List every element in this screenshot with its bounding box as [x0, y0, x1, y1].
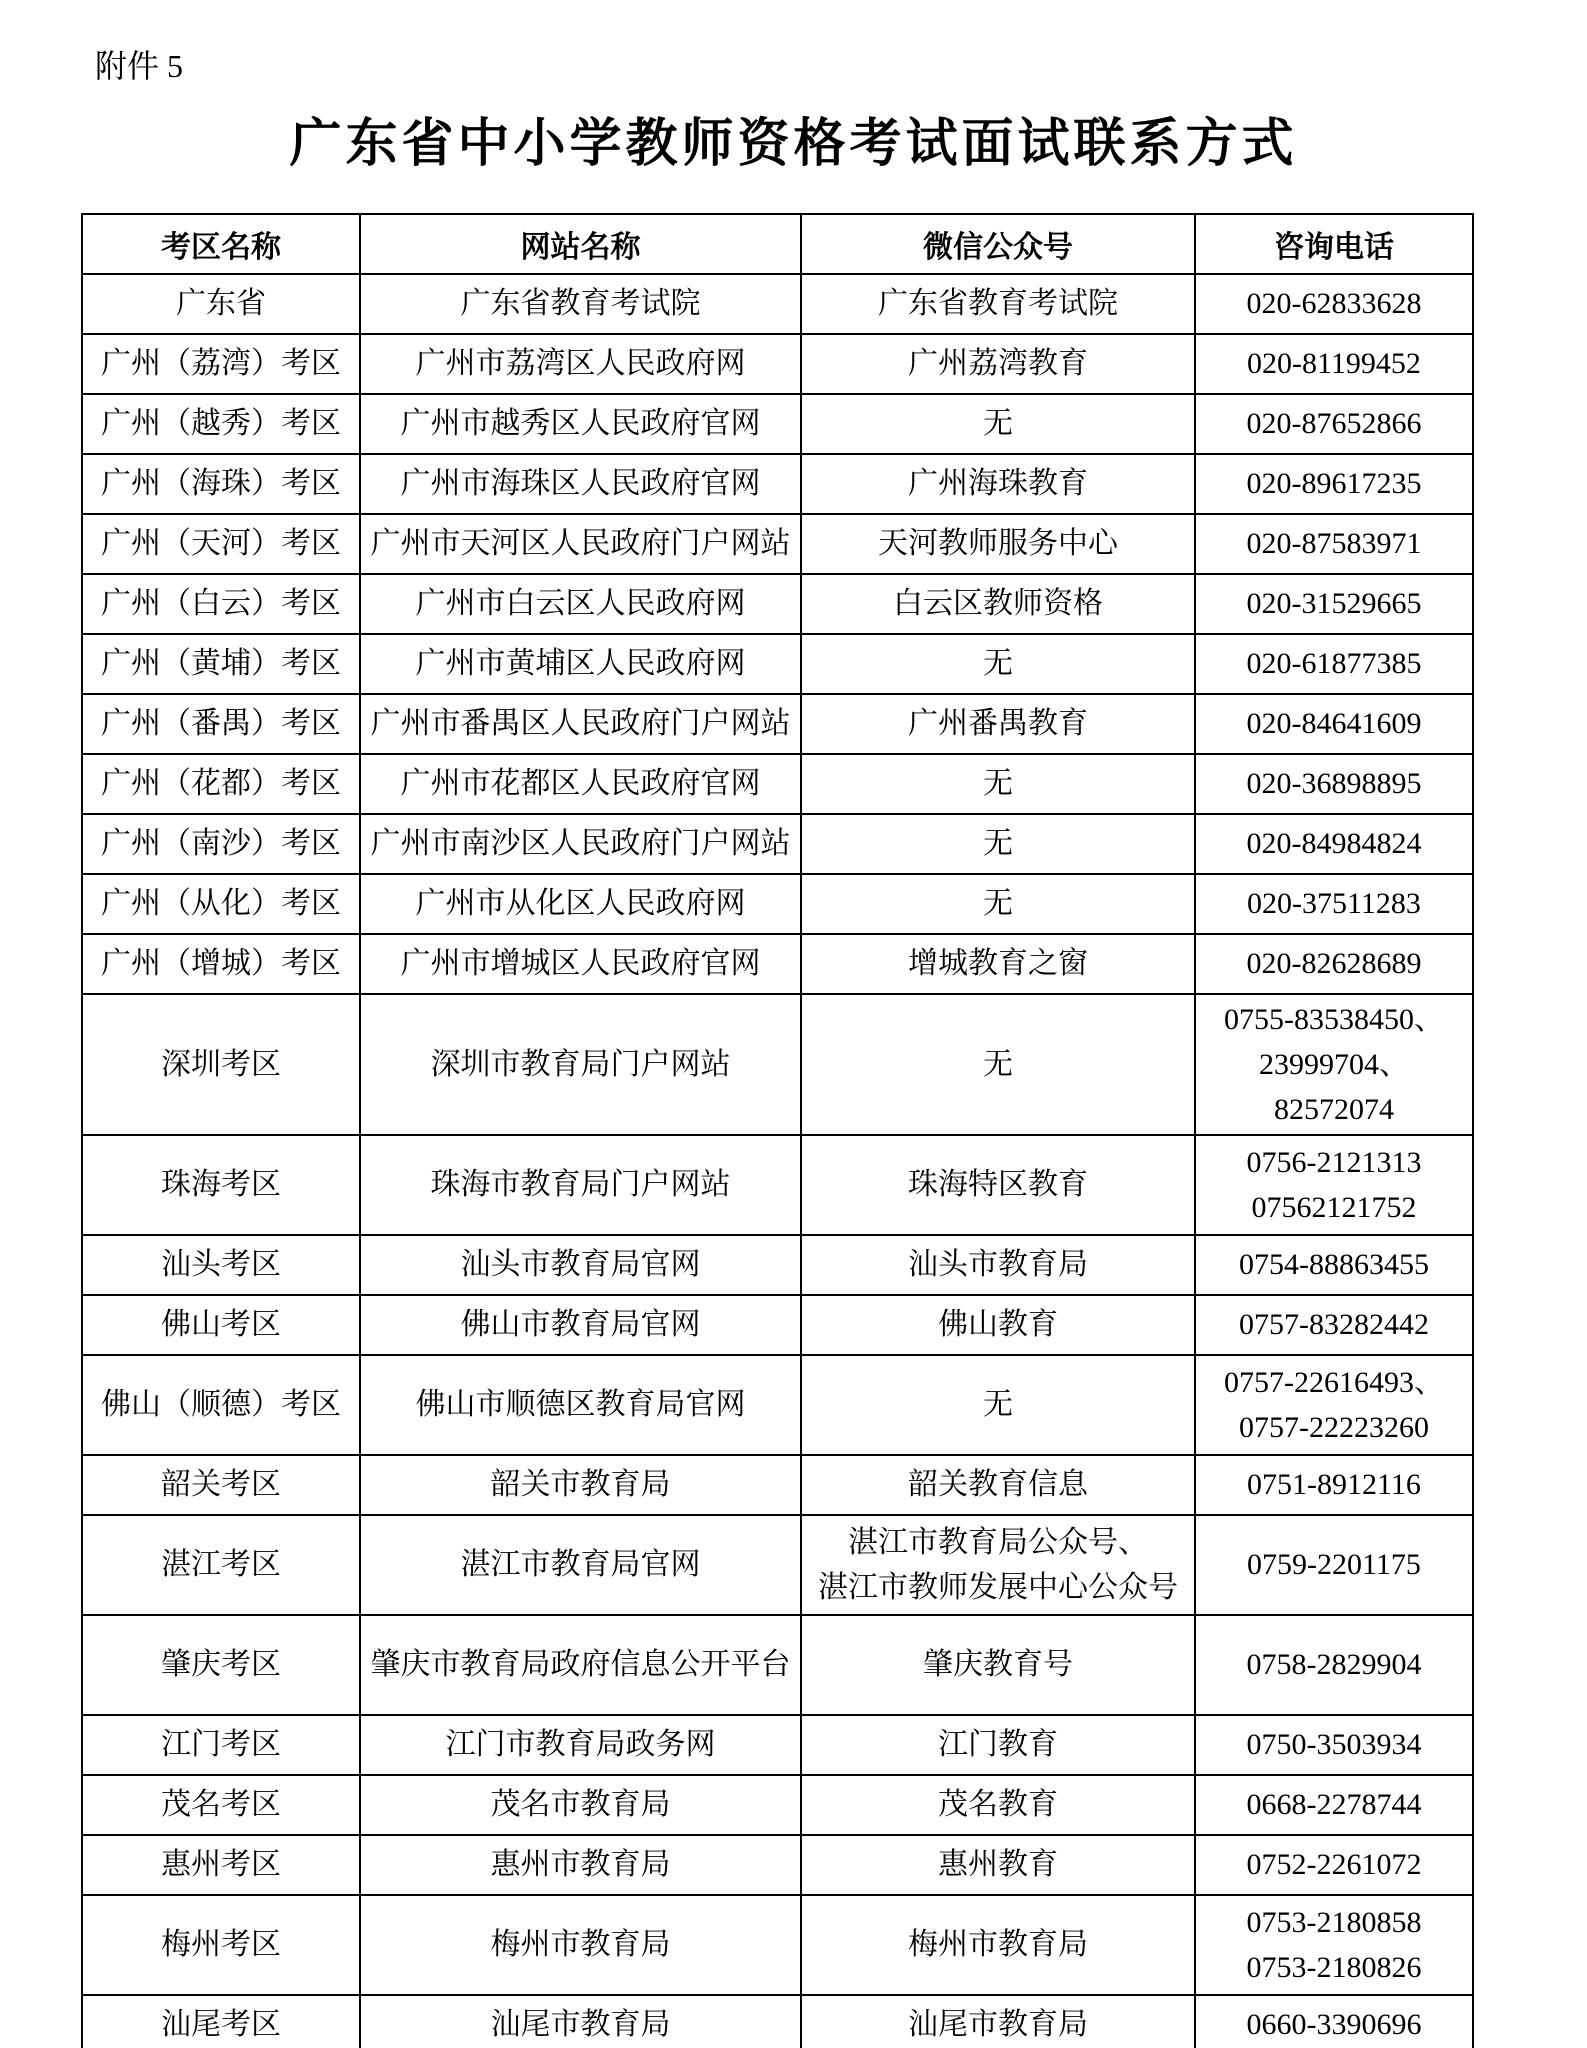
cell-wechat: 增城教育之窗	[801, 934, 1195, 994]
cell-line: 湛江市教育局公众号、	[806, 1520, 1190, 1565]
column-header: 咨询电话	[1195, 214, 1473, 274]
cell-line: 020-82628689	[1200, 941, 1468, 986]
cell-line: 茂名市教育局	[365, 1782, 796, 1827]
cell-website: 佛山市教育局官网	[360, 1295, 801, 1355]
cell-line: 韶关教育信息	[806, 1462, 1190, 1507]
cell-line: 0660-3390696	[1200, 2002, 1468, 2047]
cell-area: 肇庆考区	[82, 1615, 360, 1715]
cell-line: 广州（番禺）考区	[87, 701, 355, 746]
cell-line: 湛江考区	[87, 1542, 355, 1587]
cell-line: 无	[806, 1042, 1190, 1087]
cell-website: 广州市天河区人民政府门户网站	[360, 514, 801, 574]
cell-line: 深圳市教育局门户网站	[365, 1042, 796, 1087]
cell-line: 020-36898895	[1200, 761, 1468, 806]
cell-line: 肇庆考区	[87, 1642, 355, 1687]
cell-line: 020-37511283	[1200, 881, 1468, 926]
cell-line: 广州市南沙区人民政府门户网站	[365, 821, 796, 866]
cell-wechat: 广州荔湾教育	[801, 334, 1195, 394]
cell-phone: 020-84641609	[1195, 694, 1473, 754]
cell-line: 无	[806, 1382, 1190, 1427]
cell-website: 韶关市教育局	[360, 1455, 801, 1515]
cell-wechat: 广州海珠教育	[801, 454, 1195, 514]
cell-line: 佛山（顺德）考区	[87, 1382, 355, 1427]
cell-line: 韶关考区	[87, 1462, 355, 1507]
table-row: 广州（从化）考区广州市从化区人民政府网无020-37511283	[82, 874, 1473, 934]
cell-area: 梅州考区	[82, 1895, 360, 1995]
cell-wechat: 惠州教育	[801, 1835, 1195, 1895]
cell-line: 广州（天河）考区	[87, 521, 355, 566]
cell-line: 江门市教育局政务网	[365, 1722, 796, 1767]
cell-line: 0754-88863455	[1200, 1242, 1468, 1287]
cell-line: 珠海市教育局门户网站	[365, 1162, 796, 1207]
table-row: 广州（花都）考区广州市花都区人民政府官网无020-36898895	[82, 754, 1473, 814]
table-row: 肇庆考区肇庆市教育局政府信息公开平台肇庆教育号0758-2829904	[82, 1615, 1473, 1715]
cell-line: 020-31529665	[1200, 581, 1468, 626]
cell-line: 韶关市教育局	[365, 1462, 796, 1507]
cell-line: 无	[806, 761, 1190, 806]
cell-area: 广州（从化）考区	[82, 874, 360, 934]
cell-line: 广州（海珠）考区	[87, 461, 355, 506]
cell-area: 汕头考区	[82, 1235, 360, 1295]
cell-line: 江门教育	[806, 1722, 1190, 1767]
table-row: 深圳考区深圳市教育局门户网站无0755-83538450、23999704、82…	[82, 994, 1473, 1135]
cell-wechat: 无	[801, 814, 1195, 874]
cell-website: 汕头市教育局官网	[360, 1235, 801, 1295]
cell-phone: 020-84984824	[1195, 814, 1473, 874]
cell-wechat: 珠海特区教育	[801, 1135, 1195, 1235]
cell-wechat: 韶关教育信息	[801, 1455, 1195, 1515]
cell-website: 广州市番禺区人民政府门户网站	[360, 694, 801, 754]
table-row: 佛山（顺德）考区佛山市顺德区教育局官网无0757-22616493、0757-2…	[82, 1355, 1473, 1455]
cell-line: 惠州教育	[806, 1842, 1190, 1887]
table-row: 广州（海珠）考区广州市海珠区人民政府官网广州海珠教育020-89617235	[82, 454, 1473, 514]
cell-phone: 0660-3390696	[1195, 1995, 1473, 2048]
cell-wechat: 无	[801, 874, 1195, 934]
cell-line: 肇庆市教育局政府信息公开平台	[365, 1642, 796, 1687]
cell-line: 汕头市教育局	[806, 1242, 1190, 1287]
cell-phone: 0751-8912116	[1195, 1455, 1473, 1515]
cell-phone: 0752-2261072	[1195, 1835, 1473, 1895]
cell-line: 无	[806, 881, 1190, 926]
table-header-row: 考区名称网站名称微信公众号咨询电话	[82, 214, 1473, 274]
cell-website: 广州市南沙区人民政府门户网站	[360, 814, 801, 874]
page-title: 广东省中小学教师资格考试面试联系方式	[0, 115, 1587, 175]
cell-website: 广东省教育考试院	[360, 274, 801, 334]
cell-website: 江门市教育局政务网	[360, 1715, 801, 1775]
table-row: 广州（荔湾）考区广州市荔湾区人民政府网广州荔湾教育020-81199452	[82, 334, 1473, 394]
table-row: 广东省广东省教育考试院广东省教育考试院020-62833628	[82, 274, 1473, 334]
cell-phone: 020-89617235	[1195, 454, 1473, 514]
cell-line: 天河教师服务中心	[806, 521, 1190, 566]
cell-line: 020-62833628	[1200, 281, 1468, 326]
table-row: 梅州考区梅州市教育局梅州市教育局0753-21808580753-2180826	[82, 1895, 1473, 1995]
cell-website: 广州市花都区人民政府官网	[360, 754, 801, 814]
cell-line: 020-87583971	[1200, 521, 1468, 566]
cell-phone: 020-87583971	[1195, 514, 1473, 574]
cell-line: 020-87652866	[1200, 401, 1468, 446]
table-row: 广州（天河）考区广州市天河区人民政府门户网站天河教师服务中心020-875839…	[82, 514, 1473, 574]
cell-line: 广州市番禺区人民政府门户网站	[365, 701, 796, 746]
table-row: 汕尾考区汕尾市教育局汕尾市教育局0660-3390696	[82, 1995, 1473, 2048]
cell-line: 广州市黄埔区人民政府网	[365, 641, 796, 686]
column-header: 网站名称	[360, 214, 801, 274]
cell-line: 07562121752	[1200, 1185, 1468, 1230]
cell-line: 梅州考区	[87, 1922, 355, 1967]
cell-line: 佛山市教育局官网	[365, 1302, 796, 1347]
cell-wechat: 佛山教育	[801, 1295, 1195, 1355]
cell-website: 肇庆市教育局政府信息公开平台	[360, 1615, 801, 1715]
cell-line: 深圳考区	[87, 1042, 355, 1087]
cell-website: 广州市黄埔区人民政府网	[360, 634, 801, 694]
cell-line: 0757-22223260	[1200, 1405, 1468, 1450]
cell-line: 0757-22616493、	[1200, 1360, 1468, 1405]
cell-area: 江门考区	[82, 1715, 360, 1775]
cell-line: 0751-8912116	[1200, 1462, 1468, 1507]
cell-area: 深圳考区	[82, 994, 360, 1135]
cell-line: 茂名教育	[806, 1782, 1190, 1827]
cell-area: 广州（南沙）考区	[82, 814, 360, 874]
cell-area: 广州（白云）考区	[82, 574, 360, 634]
cell-line: 增城教育之窗	[806, 941, 1190, 986]
cell-line: 广州海珠教育	[806, 461, 1190, 506]
cell-line: 汕尾市教育局	[365, 2002, 796, 2047]
cell-wechat: 天河教师服务中心	[801, 514, 1195, 574]
cell-line: 惠州考区	[87, 1842, 355, 1887]
cell-line: 020-81199452	[1200, 341, 1468, 386]
cell-line: 白云区教师资格	[806, 581, 1190, 626]
cell-line: 广东省教育考试院	[365, 281, 796, 326]
cell-phone: 0754-88863455	[1195, 1235, 1473, 1295]
cell-wechat: 江门教育	[801, 1715, 1195, 1775]
cell-phone: 0668-2278744	[1195, 1775, 1473, 1835]
cell-phone: 020-31529665	[1195, 574, 1473, 634]
cell-area: 广东省	[82, 274, 360, 334]
cell-website: 广州市从化区人民政府网	[360, 874, 801, 934]
cell-line: 0756-2121313	[1200, 1140, 1468, 1185]
cell-wechat: 茂名教育	[801, 1775, 1195, 1835]
cell-line: 0755-83538450、	[1200, 997, 1468, 1042]
cell-line: 湛江市教师发展中心公众号	[806, 1565, 1190, 1610]
cell-line: 广州市花都区人民政府官网	[365, 761, 796, 806]
cell-area: 湛江考区	[82, 1515, 360, 1615]
cell-website: 惠州市教育局	[360, 1835, 801, 1895]
cell-line: 020-84984824	[1200, 821, 1468, 866]
cell-line: 广州市越秀区人民政府官网	[365, 401, 796, 446]
cell-line: 无	[806, 821, 1190, 866]
cell-website: 广州市增城区人民政府官网	[360, 934, 801, 994]
cell-wechat: 湛江市教育局公众号、湛江市教师发展中心公众号	[801, 1515, 1195, 1615]
table-row: 广州（增城）考区广州市增城区人民政府官网增城教育之窗020-82628689	[82, 934, 1473, 994]
cell-line: 汕尾考区	[87, 2002, 355, 2047]
cell-area: 汕尾考区	[82, 1995, 360, 2048]
cell-area: 茂名考区	[82, 1775, 360, 1835]
cell-wechat: 白云区教师资格	[801, 574, 1195, 634]
cell-phone: 020-62833628	[1195, 274, 1473, 334]
cell-area: 广州（增城）考区	[82, 934, 360, 994]
table-row: 广州（越秀）考区广州市越秀区人民政府官网无020-87652866	[82, 394, 1473, 454]
cell-line: 0758-2829904	[1200, 1642, 1468, 1687]
table-row: 广州（番禺）考区广州市番禺区人民政府门户网站广州番禺教育020-84641609	[82, 694, 1473, 754]
cell-line: 无	[806, 401, 1190, 446]
cell-wechat: 肇庆教育号	[801, 1615, 1195, 1715]
contact-table: 考区名称网站名称微信公众号咨询电话 广东省广东省教育考试院广东省教育考试院020…	[81, 213, 1474, 2048]
cell-phone: 0758-2829904	[1195, 1615, 1473, 1715]
cell-line: 佛山考区	[87, 1302, 355, 1347]
cell-area: 广州（花都）考区	[82, 754, 360, 814]
cell-phone: 020-81199452	[1195, 334, 1473, 394]
cell-line: 0752-2261072	[1200, 1842, 1468, 1887]
cell-line: 广州（增城）考区	[87, 941, 355, 986]
cell-wechat: 梅州市教育局	[801, 1895, 1195, 1995]
cell-area: 珠海考区	[82, 1135, 360, 1235]
cell-phone: 0756-212131307562121752	[1195, 1135, 1473, 1235]
table-row: 茂名考区茂名市教育局茂名教育0668-2278744	[82, 1775, 1473, 1835]
cell-website: 湛江市教育局官网	[360, 1515, 801, 1615]
table-row: 珠海考区珠海市教育局门户网站珠海特区教育0756-212131307562121…	[82, 1135, 1473, 1235]
cell-line: 0759-2201175	[1200, 1542, 1468, 1587]
cell-line: 广州（黄埔）考区	[87, 641, 355, 686]
cell-area: 韶关考区	[82, 1455, 360, 1515]
cell-line: 0753-2180826	[1200, 1945, 1468, 1990]
cell-line: 广州市天河区人民政府门户网站	[365, 521, 796, 566]
cell-website: 珠海市教育局门户网站	[360, 1135, 801, 1235]
cell-line: 汕头市教育局官网	[365, 1242, 796, 1287]
cell-phone: 0757-83282442	[1195, 1295, 1473, 1355]
cell-line: 广州（白云）考区	[87, 581, 355, 626]
cell-phone: 020-87652866	[1195, 394, 1473, 454]
cell-wechat: 无	[801, 994, 1195, 1135]
cell-line: 0750-3503934	[1200, 1722, 1468, 1767]
table-row: 江门考区江门市教育局政务网江门教育0750-3503934	[82, 1715, 1473, 1775]
cell-area: 广州（越秀）考区	[82, 394, 360, 454]
cell-line: 广州（越秀）考区	[87, 401, 355, 446]
cell-area: 佛山考区	[82, 1295, 360, 1355]
cell-phone: 020-36898895	[1195, 754, 1473, 814]
cell-website: 佛山市顺德区教育局官网	[360, 1355, 801, 1455]
cell-line: 23999704、82572074	[1200, 1042, 1468, 1132]
cell-line: 广州番禺教育	[806, 701, 1190, 746]
cell-line: 广州（南沙）考区	[87, 821, 355, 866]
table-row: 广州（黄埔）考区广州市黄埔区人民政府网无020-61877385	[82, 634, 1473, 694]
cell-area: 佛山（顺德）考区	[82, 1355, 360, 1455]
cell-website: 广州市越秀区人民政府官网	[360, 394, 801, 454]
cell-line: 广州市从化区人民政府网	[365, 881, 796, 926]
cell-phone: 020-82628689	[1195, 934, 1473, 994]
cell-line: 珠海考区	[87, 1162, 355, 1207]
table-row: 汕头考区汕头市教育局官网汕头市教育局0754-88863455	[82, 1235, 1473, 1295]
cell-wechat: 汕头市教育局	[801, 1235, 1195, 1295]
cell-line: 0753-2180858	[1200, 1900, 1468, 1945]
cell-website: 广州市白云区人民政府网	[360, 574, 801, 634]
cell-wechat: 广州番禺教育	[801, 694, 1195, 754]
cell-line: 广州荔湾教育	[806, 341, 1190, 386]
cell-website: 汕尾市教育局	[360, 1995, 801, 2048]
table-row: 佛山考区佛山市教育局官网佛山教育0757-83282442	[82, 1295, 1473, 1355]
cell-wechat: 无	[801, 394, 1195, 454]
cell-website: 广州市荔湾区人民政府网	[360, 334, 801, 394]
cell-line: 广东省教育考试院	[806, 281, 1190, 326]
cell-line: 肇庆教育号	[806, 1642, 1190, 1687]
cell-website: 梅州市教育局	[360, 1895, 801, 1995]
cell-area: 广州（海珠）考区	[82, 454, 360, 514]
cell-line: 广州（荔湾）考区	[87, 341, 355, 386]
cell-area: 惠州考区	[82, 1835, 360, 1895]
cell-line: 江门考区	[87, 1722, 355, 1767]
cell-wechat: 无	[801, 754, 1195, 814]
cell-line: 珠海特区教育	[806, 1162, 1190, 1207]
cell-area: 广州（天河）考区	[82, 514, 360, 574]
cell-phone: 0753-21808580753-2180826	[1195, 1895, 1473, 1995]
cell-line: 佛山市顺德区教育局官网	[365, 1382, 796, 1427]
cell-wechat: 无	[801, 634, 1195, 694]
cell-phone: 020-61877385	[1195, 634, 1473, 694]
table-row: 湛江考区湛江市教育局官网湛江市教育局公众号、湛江市教师发展中心公众号0759-2…	[82, 1515, 1473, 1615]
cell-area: 广州（黄埔）考区	[82, 634, 360, 694]
cell-line: 广州（花都）考区	[87, 761, 355, 806]
table-row: 广州（白云）考区广州市白云区人民政府网白云区教师资格020-31529665	[82, 574, 1473, 634]
cell-line: 0757-83282442	[1200, 1302, 1468, 1347]
cell-website: 茂名市教育局	[360, 1775, 801, 1835]
cell-area: 广州（荔湾）考区	[82, 334, 360, 394]
cell-phone: 0757-22616493、0757-22223260	[1195, 1355, 1473, 1455]
cell-line: 广州市增城区人民政府官网	[365, 941, 796, 986]
cell-line: 广州市荔湾区人民政府网	[365, 341, 796, 386]
attachment-label: 附件 5	[95, 48, 1587, 85]
column-header: 考区名称	[82, 214, 360, 274]
cell-line: 广州市海珠区人民政府官网	[365, 461, 796, 506]
cell-line: 惠州市教育局	[365, 1842, 796, 1887]
cell-line: 湛江市教育局官网	[365, 1542, 796, 1587]
table-row: 韶关考区韶关市教育局韶关教育信息0751-8912116	[82, 1455, 1473, 1515]
cell-website: 深圳市教育局门户网站	[360, 994, 801, 1135]
cell-phone: 0759-2201175	[1195, 1515, 1473, 1615]
cell-wechat: 无	[801, 1355, 1195, 1455]
column-header: 微信公众号	[801, 214, 1195, 274]
cell-phone: 0755-83538450、23999704、82572074	[1195, 994, 1473, 1135]
cell-line: 广州市白云区人民政府网	[365, 581, 796, 626]
cell-wechat: 广东省教育考试院	[801, 274, 1195, 334]
cell-line: 梅州市教育局	[365, 1922, 796, 1967]
table-row: 广州（南沙）考区广州市南沙区人民政府门户网站无020-84984824	[82, 814, 1473, 874]
cell-line: 020-84641609	[1200, 701, 1468, 746]
cell-line: 茂名考区	[87, 1782, 355, 1827]
cell-line: 0668-2278744	[1200, 1782, 1468, 1827]
cell-line: 汕头考区	[87, 1242, 355, 1287]
cell-website: 广州市海珠区人民政府官网	[360, 454, 801, 514]
cell-phone: 020-37511283	[1195, 874, 1473, 934]
cell-line: 020-61877385	[1200, 641, 1468, 686]
cell-line: 广东省	[87, 281, 355, 326]
cell-line: 020-89617235	[1200, 461, 1468, 506]
cell-line: 汕尾市教育局	[806, 2002, 1190, 2047]
cell-line: 佛山教育	[806, 1302, 1190, 1347]
cell-phone: 0750-3503934	[1195, 1715, 1473, 1775]
cell-line: 无	[806, 641, 1190, 686]
cell-line: 梅州市教育局	[806, 1922, 1190, 1967]
cell-wechat: 汕尾市教育局	[801, 1995, 1195, 2048]
cell-area: 广州（番禺）考区	[82, 694, 360, 754]
table-row: 惠州考区惠州市教育局惠州教育0752-2261072	[82, 1835, 1473, 1895]
cell-line: 广州（从化）考区	[87, 881, 355, 926]
